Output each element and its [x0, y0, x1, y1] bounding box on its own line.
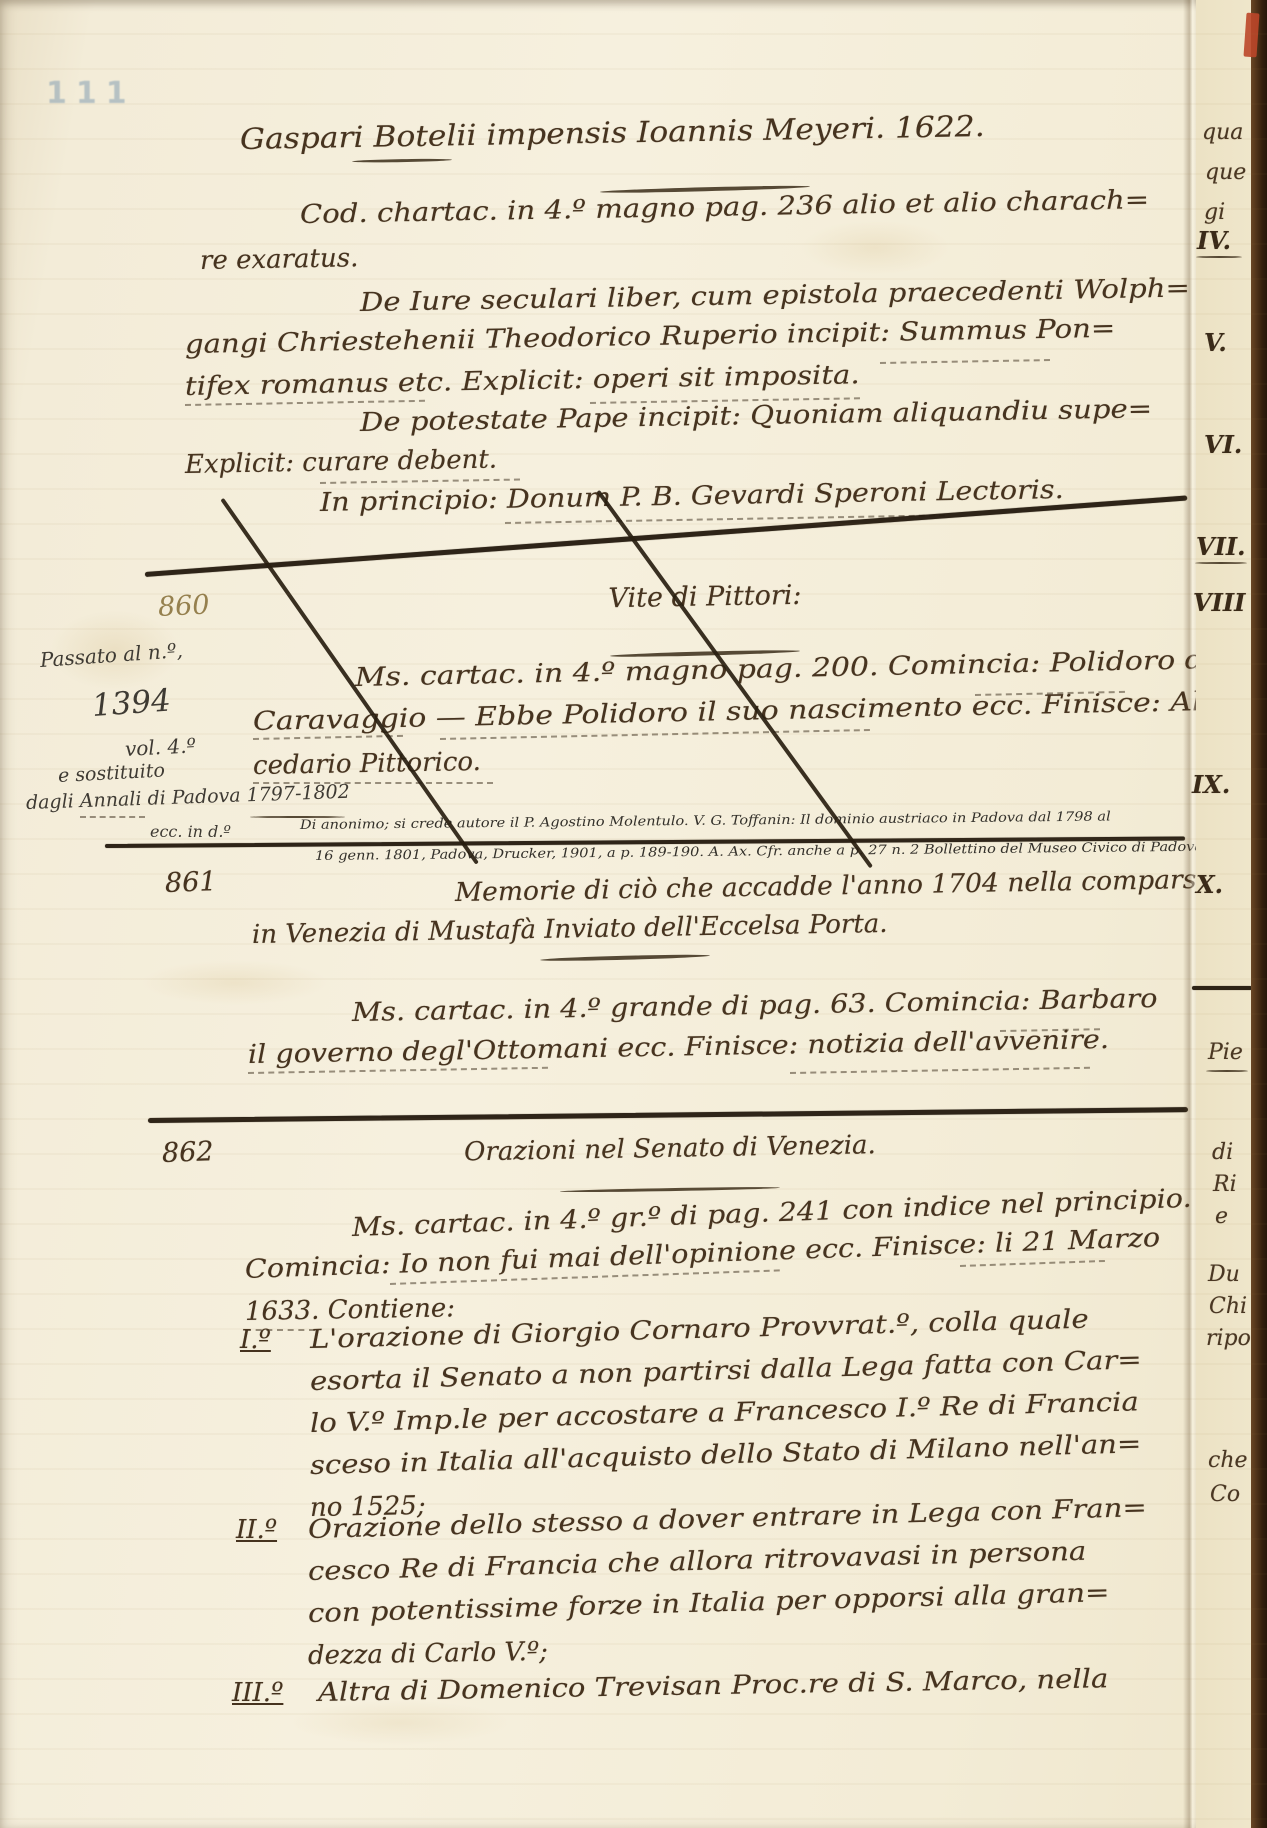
- annotation-line: Di anonimo; si crede autore il P. Agosti…: [300, 810, 1111, 833]
- entry-body-line: Caravaggio — Ebbe Polidoro il suo nascim…: [253, 686, 1254, 737]
- adjacent-page-numeral: VI.: [1204, 430, 1242, 459]
- adjacent-page-numeral: VII.: [1196, 532, 1245, 561]
- entry-number: 862: [161, 1136, 214, 1169]
- entry-title-line: Memorie di ciò che accadde l'anno 1704 n…: [455, 865, 1213, 908]
- item-line: Altra di Domenico Trevisan Proc.re di S.…: [318, 1664, 1109, 1708]
- dashed-underline: [320, 479, 520, 484]
- adjacent-page-fragment: Pie: [1208, 1040, 1243, 1065]
- item-line: con potentissime forze in Italia per opp…: [308, 1578, 1110, 1629]
- numeral-underline: [1195, 562, 1247, 564]
- adjacent-page-fragment: que: [1205, 160, 1246, 185]
- entry-title: Orazioni nel Senato di Venezia.: [430, 1130, 910, 1168]
- item-line: lo V.º Imp.le per accostare a Francesco …: [310, 1387, 1140, 1439]
- dashed-underline: [790, 1067, 1090, 1074]
- item-line: cesco Re di Francia che allora ritrovava…: [308, 1537, 1087, 1587]
- prev-entry-line: Explicit: curare debent.: [185, 445, 498, 480]
- dashed-underline: [80, 816, 145, 818]
- underline-decor: [352, 158, 452, 163]
- adjacent-page-fragment: Ri: [1213, 1172, 1237, 1197]
- entry-title-line: in Venezia di Mustafà Inviato dell'Eccel…: [252, 909, 888, 950]
- adjacent-page-fragment: gi: [1204, 200, 1225, 225]
- item-label: III.º: [232, 1678, 283, 1708]
- adjacent-page-numeral: IV.: [1197, 226, 1231, 255]
- prev-entry-heading: Gaspari Botelii impensis Ioannis Meyeri.…: [240, 109, 985, 156]
- paper-stain: [800, 220, 950, 275]
- item-label: II.º: [236, 1515, 277, 1545]
- item-line: dezza di Carlo V.º;: [308, 1637, 548, 1671]
- prev-entry-line: De Iure seculari liber, cum epistola pra…: [360, 274, 1190, 318]
- title-underline: [540, 954, 710, 962]
- dashed-underline: [253, 782, 493, 784]
- margin-note-line: ecc. in d.º: [150, 822, 231, 841]
- item-line: esorta il Senato a non partirsi dalla Le…: [310, 1345, 1142, 1397]
- margin-note-line: Passato al n.º,: [39, 638, 183, 672]
- adjacent-page-numeral: X.: [1196, 870, 1223, 899]
- adjacent-page-strip: [1196, 0, 1252, 1828]
- prev-entry-line: De potestate Pape incipit: Quoniam aliqu…: [360, 394, 1153, 438]
- paper-stain: [140, 960, 330, 1005]
- entry-number: 861: [164, 866, 217, 899]
- prev-entry-line: re exaratus.: [200, 243, 359, 276]
- adjacent-page-numeral: VIII: [1193, 588, 1245, 617]
- adjacent-page-fragment: qua: [1202, 120, 1243, 145]
- entry-title: Vite di Pittori:: [505, 578, 905, 616]
- entry-body-line: cedario Pittorico.: [253, 747, 481, 781]
- adjacent-page-fragment: e: [1215, 1204, 1228, 1229]
- adjacent-page-fragment: Co: [1210, 1482, 1240, 1507]
- margin-note-line: e sostituito: [57, 759, 165, 787]
- item-label: I.º: [240, 1325, 271, 1355]
- entry-number: 860: [157, 589, 210, 623]
- item-line: Orazione dello stesso a dover entrare in…: [308, 1493, 1148, 1545]
- adjacent-page-rule: [1192, 986, 1252, 990]
- adjacent-page-numeral: V.: [1204, 328, 1227, 357]
- book-edge: [1251, 0, 1267, 1828]
- adjacent-page-fragment: che: [1208, 1448, 1248, 1473]
- margin-note-line: vol. 4.º: [124, 733, 196, 761]
- prev-entry-line: gangi Chriestehenii Theodorico Ruperio i…: [185, 314, 1116, 360]
- separator-rule: [148, 1107, 1188, 1123]
- fragment-underline: [1206, 1070, 1248, 1072]
- manuscript-scan: 111 Gaspari Botelii impensis Ioannis Mey…: [0, 0, 1267, 1828]
- item-line: sceso in Italia all'acquisto dello Stato…: [310, 1429, 1142, 1481]
- adjacent-page-numeral: IX.: [1192, 770, 1230, 799]
- dashed-underline: [960, 1260, 1105, 1267]
- numeral-underline: [1196, 256, 1242, 258]
- title-underline: [560, 1186, 780, 1193]
- adjacent-page-fragment: Du: [1208, 1262, 1240, 1287]
- adjacent-page-fragment: ripo: [1206, 1326, 1251, 1351]
- prev-entry-line: tifex romanus etc. Explicit: operi sit i…: [185, 360, 860, 402]
- archive-stamp: 111: [46, 76, 136, 111]
- margin-note-line: 1394: [91, 683, 172, 724]
- adjacent-page-fragment: Chi: [1209, 1294, 1247, 1319]
- dashed-underline: [880, 359, 1050, 364]
- adjacent-page-fragment: di: [1212, 1140, 1233, 1165]
- entry-body-line: Ms. cartac. in 4.º grande di pag. 63. Co…: [352, 984, 1158, 1028]
- prev-entry-line: Cod. chartac. in 4.º magno pag. 236 alio…: [300, 185, 1150, 230]
- entry-body-line: il governo degl'Ottomani ecc. Finisce: n…: [248, 1025, 1109, 1070]
